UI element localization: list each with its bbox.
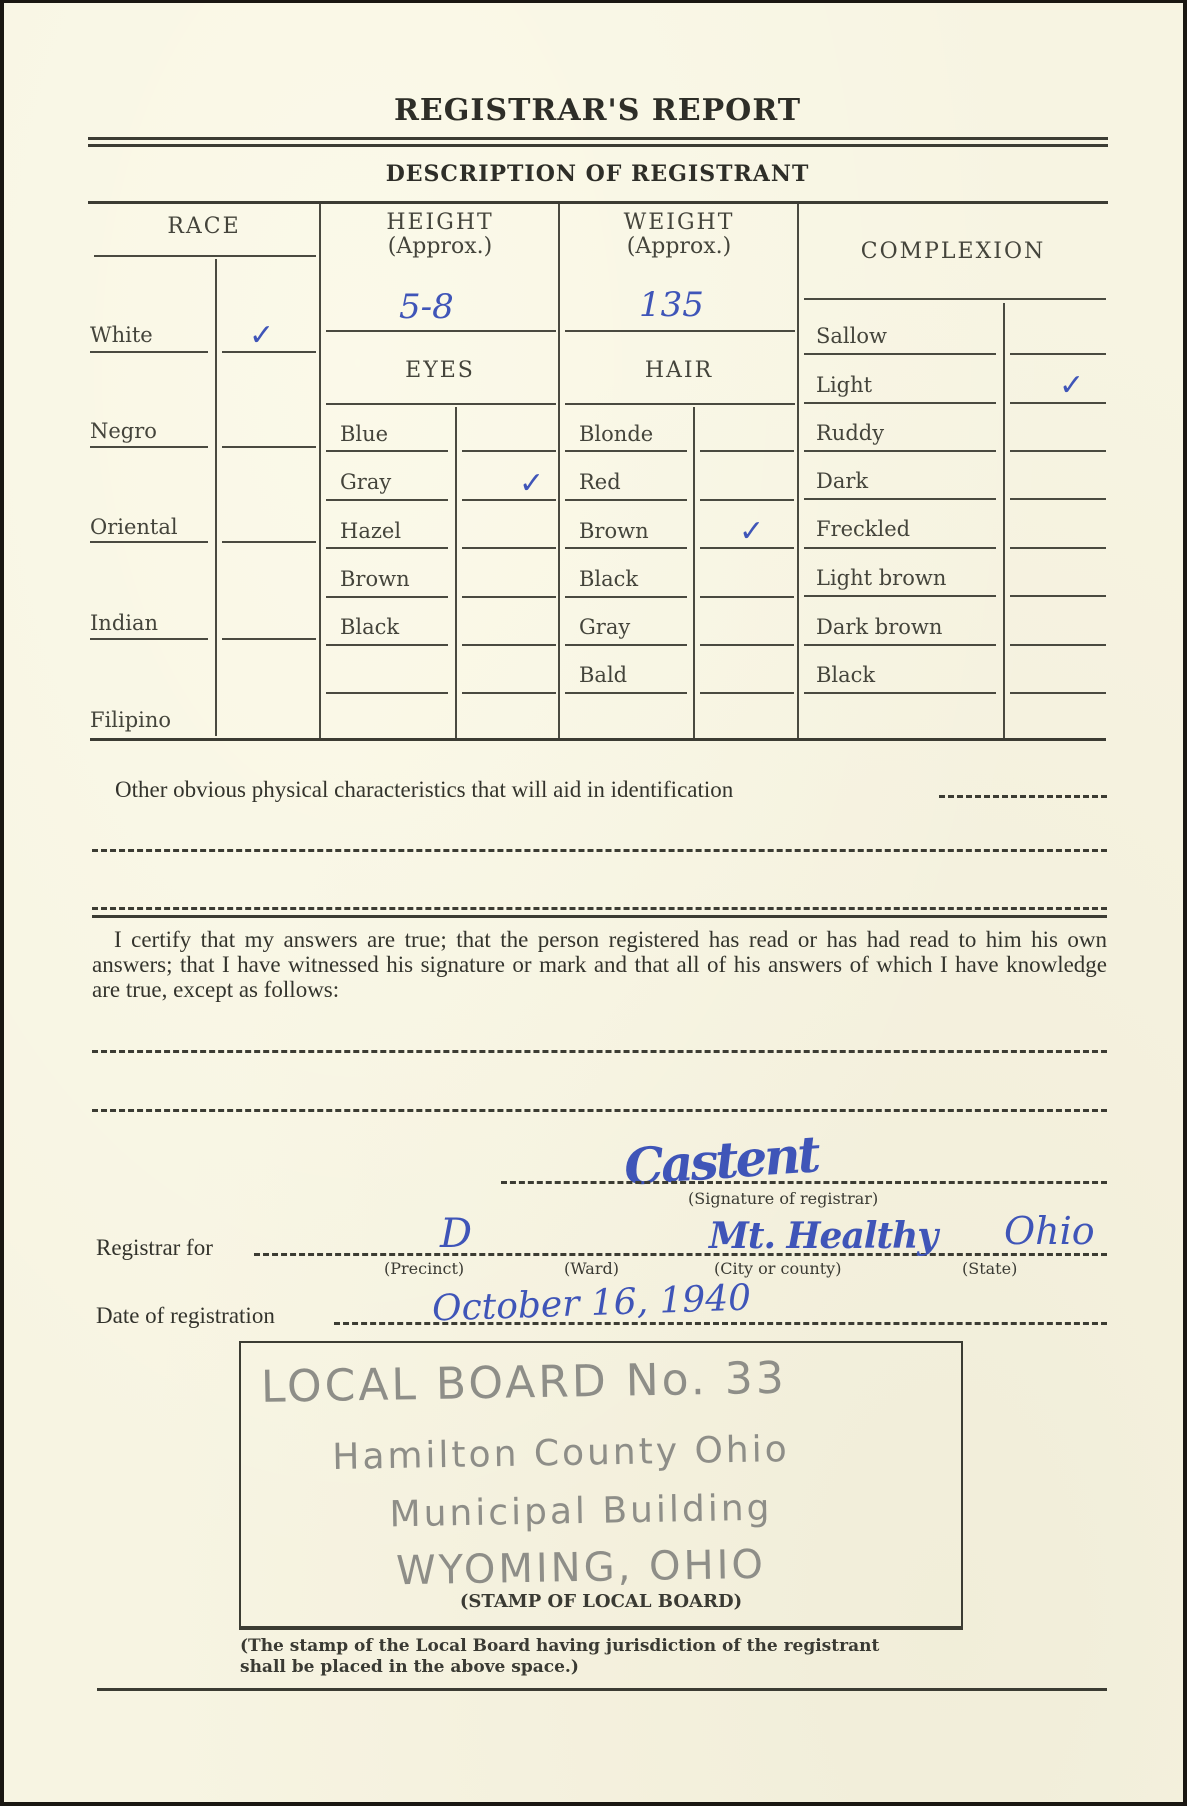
registrar-for-line[interactable]	[254, 1253, 1107, 1256]
draft-registration-card: REGISTRAR'S REPORT DESCRIPTION OF REGIST…	[4, 3, 1183, 1802]
complexion-check-rule	[1010, 692, 1106, 694]
ward-caption: (Ward)	[564, 1259, 619, 1278]
race-check-rule	[222, 446, 316, 448]
race-check-rule	[222, 541, 316, 543]
race-heading: RACE	[91, 215, 317, 239]
eyes-check-rule	[462, 596, 556, 598]
hair-option-brown: Brown	[579, 521, 649, 542]
hair-row-rule	[565, 450, 687, 452]
hair-row-rule	[565, 547, 687, 549]
weight-value[interactable]: 135	[639, 285, 704, 325]
eyes-checkbox-divider	[455, 407, 457, 738]
eyes-heading: EYES	[322, 359, 558, 383]
height-heading: HEIGHT (Approx.)	[322, 211, 558, 259]
hair-check-rule	[700, 450, 794, 452]
weight-value-rule	[565, 330, 795, 332]
hair-row-rule	[565, 644, 687, 646]
hair-option-bald: Bald	[579, 665, 627, 686]
hair-row-rule	[565, 596, 687, 598]
eyes-row-rule	[326, 450, 448, 452]
height-value[interactable]: 5-8	[399, 287, 454, 327]
hair-check-rule	[700, 596, 794, 598]
hair-check-rule	[700, 692, 794, 694]
local-board-stamp-box: LOCAL BOARD No. 33 Hamilton County Ohio …	[239, 1341, 963, 1630]
complexion-option-dark: Dark	[816, 471, 868, 492]
race-row-rule	[90, 446, 208, 448]
complexion-row-rule	[804, 692, 996, 694]
eyes-check-rule	[462, 692, 556, 694]
hair-option-gray: Gray	[579, 617, 630, 638]
height-heading-label: HEIGHT	[322, 211, 558, 235]
race-white-checkmark[interactable]: ✓	[249, 321, 274, 351]
race-check-rule	[222, 638, 316, 640]
exceptions-field-1[interactable]	[92, 1050, 1107, 1053]
complexion-option-light-brown: Light brown	[816, 568, 946, 589]
hair-option-blonde: Blonde	[579, 424, 653, 445]
race-option-indian: Indian	[90, 613, 158, 634]
hair-option-red: Red	[579, 472, 621, 493]
complexion-heading-rule	[804, 298, 1106, 300]
page-title: REGISTRAR'S REPORT	[4, 93, 1187, 128]
hair-option-black: Black	[579, 569, 638, 590]
state-caption: (State)	[962, 1259, 1017, 1278]
precinct-caption: (Precinct)	[384, 1259, 464, 1278]
state-value[interactable]: Ohio	[1004, 1209, 1095, 1253]
complexion-check-rule	[1010, 644, 1106, 646]
registrar-for-label: Registrar for	[96, 1235, 213, 1261]
complexion-check-rule	[1010, 353, 1106, 355]
complexion-row-rule	[804, 498, 996, 500]
complexion-option-ruddy: Ruddy	[816, 423, 884, 444]
eyes-option-gray: Gray	[340, 472, 391, 493]
complexion-option-sallow: Sallow	[816, 326, 887, 347]
complexion-check-rule	[1010, 547, 1106, 549]
complexion-option-dark-brown: Dark brown	[816, 617, 942, 638]
section-rule	[92, 915, 1107, 918]
city-value[interactable]: Mt. Healthy	[709, 1215, 937, 1257]
bottom-rule	[97, 1688, 1107, 1691]
complexion-row-rule	[804, 644, 996, 646]
race-row-rule	[90, 541, 208, 543]
stamp-line-1: LOCAL BOARD No. 33	[261, 1352, 822, 1413]
eyes-check-rule	[462, 450, 556, 452]
race-checkbox-divider	[215, 259, 217, 736]
hair-row-rule	[565, 499, 687, 501]
divider-weight-complexion	[797, 204, 799, 738]
divider-height-weight	[558, 204, 560, 738]
height-value-rule	[326, 330, 556, 332]
eyes-option-hazel: Hazel	[340, 521, 401, 542]
race-option-white: White	[90, 325, 153, 346]
eyes-row-rule	[326, 644, 448, 646]
stamp-line-2: Hamilton County Ohio	[241, 1427, 882, 1479]
footnote-line-2: shall be placed in the above space.)	[240, 1657, 579, 1677]
other-characteristics-field-3[interactable]	[92, 907, 1107, 910]
hair-heading: HAIR	[561, 359, 797, 383]
complexion-option-freckled: Freckled	[816, 519, 910, 540]
eyes-heading-rule	[326, 403, 556, 405]
race-option-oriental: Oriental	[90, 517, 178, 538]
complexion-row-rule	[804, 353, 996, 355]
eyes-option-blue: Blue	[340, 424, 388, 445]
table-bottom-rule	[90, 738, 1106, 741]
height-heading-sub: (Approx.)	[322, 235, 558, 259]
complexion-checkbox-divider	[1003, 303, 1005, 738]
eyes-row-rule	[326, 692, 448, 694]
signature-caption: (Signature of registrar)	[688, 1189, 878, 1208]
exceptions-field-2[interactable]	[92, 1109, 1107, 1112]
date-of-registration-label: Date of registration	[96, 1303, 275, 1329]
eyes-row-rule	[326, 499, 448, 501]
race-row-rule	[90, 351, 208, 353]
registrar-signature[interactable]: Castent	[622, 1124, 819, 1196]
stamp-line-4: WYOMING, OHIO	[261, 1539, 902, 1596]
eyes-option-black: Black	[340, 617, 399, 638]
other-characteristics-field-1[interactable]	[939, 795, 1107, 798]
complexion-check-rule	[1010, 402, 1106, 404]
complexion-row-rule	[804, 595, 996, 597]
hair-checkbox-divider	[693, 407, 695, 738]
eyes-row-rule	[326, 547, 448, 549]
complexion-option-light: Light	[816, 375, 872, 396]
signature-line[interactable]	[501, 1181, 1107, 1184]
eyes-check-rule	[462, 547, 556, 549]
race-option-filipino: Filipino	[90, 710, 171, 731]
eyes-row-rule	[326, 596, 448, 598]
city-caption: (City or county)	[714, 1259, 841, 1278]
title-rule-bottom	[88, 144, 1108, 147]
weight-heading-sub: (Approx.)	[561, 235, 797, 259]
hair-heading-rule	[565, 403, 795, 405]
hair-check-rule	[700, 499, 794, 501]
complexion-check-rule	[1010, 450, 1106, 452]
section-title: DESCRIPTION OF REGISTRANT	[4, 161, 1187, 187]
divider-race-height	[319, 204, 321, 738]
complexion-check-rule	[1010, 498, 1106, 500]
eyes-gray-checkmark[interactable]: ✓	[519, 469, 544, 499]
complexion-option-black: Black	[816, 665, 875, 686]
precinct-value[interactable]: D	[440, 1211, 472, 1257]
table-top-rule	[88, 201, 1108, 204]
complexion-heading: COMPLEXION	[800, 240, 1106, 264]
complexion-light-checkmark[interactable]: ✓	[1059, 371, 1084, 401]
complexion-row-rule	[804, 402, 996, 404]
eyes-option-brown: Brown	[340, 569, 410, 590]
eyes-check-rule	[462, 644, 556, 646]
other-characteristics-label: Other obvious physical characteristics t…	[115, 777, 733, 803]
certification-text: I certify that my answers are true; that…	[92, 927, 1107, 1002]
hair-check-rule	[700, 644, 794, 646]
hair-brown-checkmark[interactable]: ✓	[739, 517, 764, 547]
complexion-row-rule	[804, 547, 996, 549]
race-option-negro: Negro	[90, 421, 157, 442]
stamp-caption: (STAMP OF LOCAL BOARD)	[241, 1591, 961, 1612]
race-heading-rule	[94, 255, 316, 257]
weight-heading-label: WEIGHT	[561, 211, 797, 235]
stamp-line-3: Municipal Building	[261, 1485, 902, 1537]
other-characteristics-field-2[interactable]	[92, 849, 1107, 852]
complexion-check-rule	[1010, 595, 1106, 597]
race-row-rule	[90, 638, 208, 640]
title-rule-top	[88, 137, 1108, 140]
footnote-line-1: (The stamp of the Local Board having jur…	[240, 1636, 879, 1656]
complexion-row-rule	[804, 450, 996, 452]
weight-heading: WEIGHT (Approx.)	[561, 211, 797, 259]
hair-row-rule	[565, 692, 687, 694]
